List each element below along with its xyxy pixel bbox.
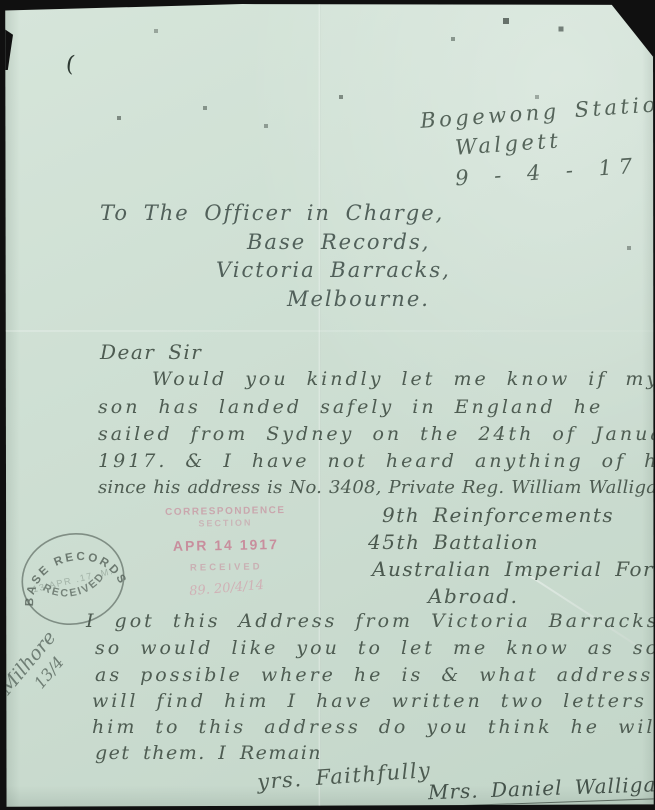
body-line: get them. I Remain <box>95 742 322 764</box>
body-line: will find him I have written two letters… <box>92 690 655 712</box>
scanned-letter-page: ( Bogewong Station Walgett 9 - 4 - 17 To… <box>0 0 655 810</box>
stamp-red-annotation: 89. 20/4/14 <box>146 574 307 603</box>
heading-line-town: Walgett <box>454 128 562 159</box>
recipient-line: To The Officer in Charge, <box>100 201 444 225</box>
body-line: son has landed safely in England he <box>98 396 603 418</box>
stray-ink-mark: ( <box>64 52 76 78</box>
recipient-line: Melbourne. <box>287 287 430 311</box>
body-line: as possible where he is & what address <box>95 664 653 686</box>
recipient-line: Base Records, <box>247 230 430 254</box>
body-line: him to this address do you think he will <box>92 716 655 738</box>
body-line: 1917. & I have not heard anything of him <box>98 450 655 472</box>
body-line: so would like you to let me know as soon <box>95 637 655 659</box>
heading-line-date: 9 - 4 - 17 <box>454 154 640 191</box>
stamp-date: APR 14 1917 <box>146 536 306 555</box>
salutation: Dear Sir <box>100 340 202 364</box>
letter-paper: ( Bogewong Station Walgett 9 - 4 - 17 To… <box>0 0 655 810</box>
ink-specks <box>0 0 2 2</box>
stamp-line-received: RECEIVED <box>146 561 306 575</box>
recipient-line: Victoria Barracks, <box>216 258 451 282</box>
service-address-line: Australian Imperial Forces <box>372 557 655 581</box>
stamp-line-section: SECTION <box>145 517 305 530</box>
paper-edge-notch <box>0 26 13 70</box>
body-line: since his address is No. 3408, Private R… <box>98 477 655 498</box>
correspondence-section-stamp: CORRESPONDENCE SECTION APR 14 1917 RECEI… <box>145 505 307 598</box>
paper-crease <box>0 330 655 332</box>
service-address-line: 45th Battalion <box>368 530 539 554</box>
heading-line-station: Bogewong Station <box>419 91 655 133</box>
service-address-line: 9th Reinforcements <box>382 503 614 527</box>
body-line: I got this Address from Victoria Barrack… <box>86 610 655 632</box>
body-line: Would you kindly let me know if my <box>152 368 655 390</box>
service-address-line: Abroad. <box>428 584 518 608</box>
body-line: sailed from Sydney on the 24th of Januar… <box>98 423 655 445</box>
signature: Mrs. Daniel Walligan <box>428 772 655 807</box>
margin-annotation: Milhore 13/4 <box>0 627 77 713</box>
